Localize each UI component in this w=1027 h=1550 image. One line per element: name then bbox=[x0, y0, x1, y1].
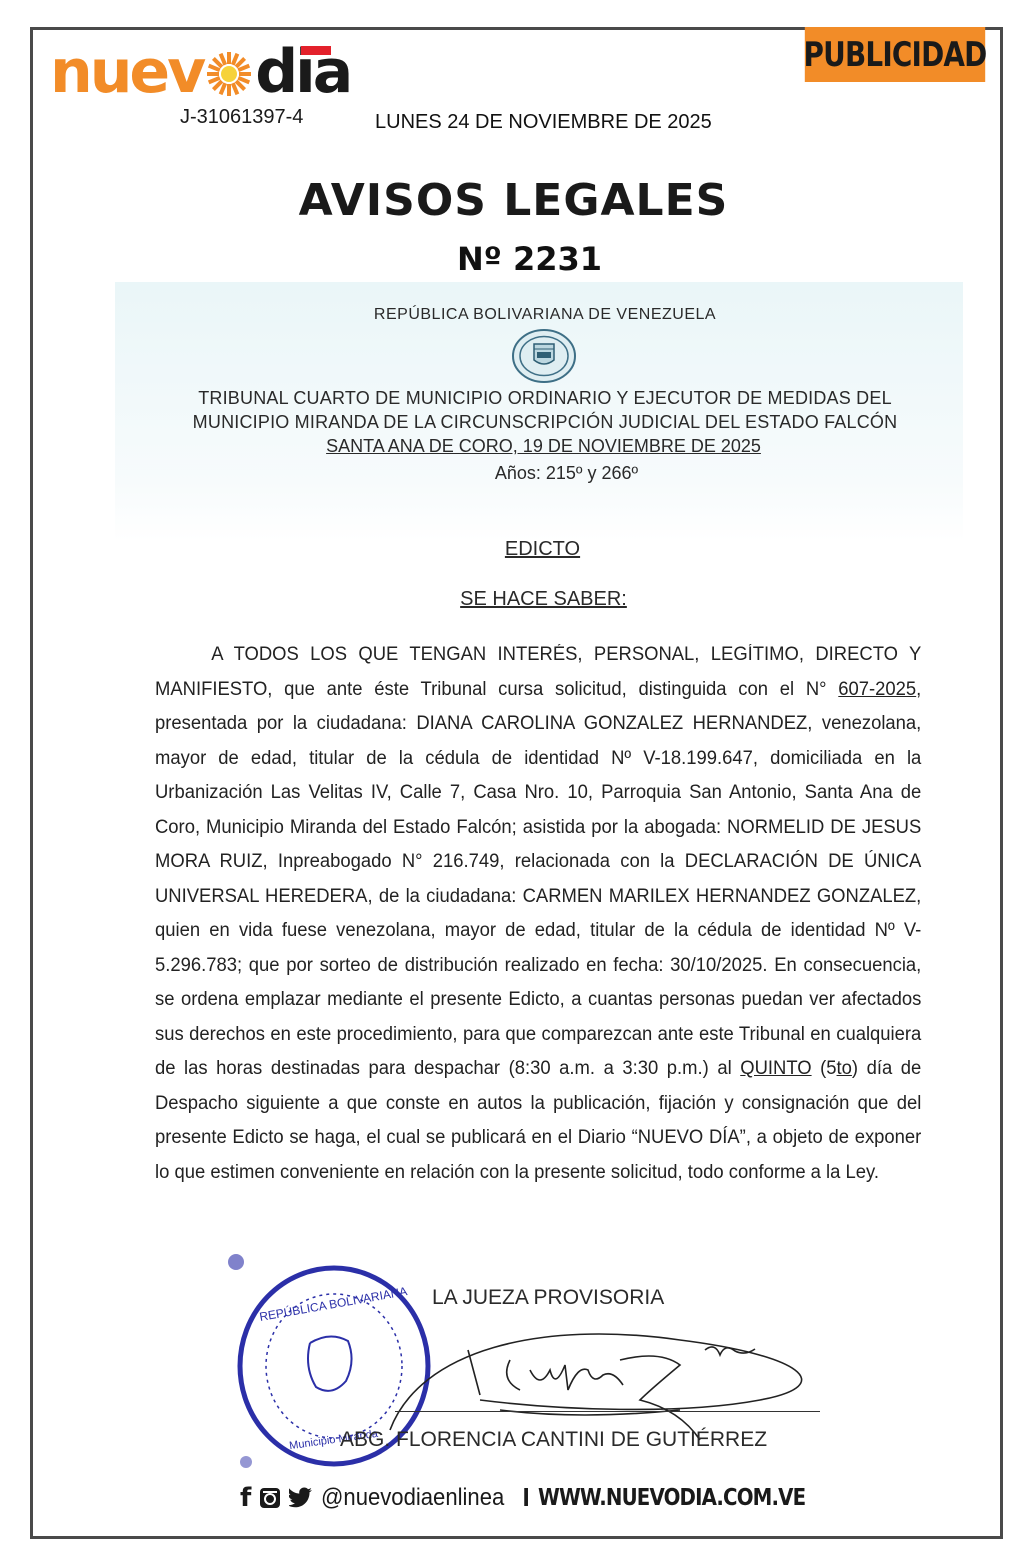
twitter-icon[interactable] bbox=[289, 1487, 313, 1509]
instagram-icon[interactable] bbox=[259, 1487, 281, 1509]
footer-contact-bar: f @nuevodiaenlinea I WWW.NUEVODIA.COM.VE bbox=[240, 1482, 848, 1513]
edict-body: A TODOS LOS QUE TENGAN INTERÉS, PERSONAL… bbox=[155, 638, 921, 1190]
logo-accent-bar bbox=[301, 46, 331, 55]
publication-date: LUNES 24 DE NOVIEMBRE DE 2025 bbox=[375, 111, 712, 134]
signer-title: LA JUEZA PROVISORIA bbox=[432, 1286, 664, 1310]
coat-of-arms-seal-icon bbox=[510, 328, 578, 384]
logo-text-dia: dia bbox=[255, 42, 350, 102]
court-name: TRIBUNAL CUARTO DE MUNICIPIO ORDINARIO Y… bbox=[150, 386, 940, 434]
notice-number: Nº 2231 bbox=[0, 240, 1027, 278]
section-tab-publicidad: PUBLICIDAD bbox=[805, 27, 985, 82]
years-line: Años: 215º y 266º bbox=[0, 463, 1027, 484]
handwritten-signature bbox=[380, 1310, 830, 1445]
edict-heading: EDICTO bbox=[0, 538, 1027, 561]
signature-line bbox=[395, 1411, 820, 1412]
sun-icon bbox=[205, 50, 253, 98]
edict-paragraph: A TODOS LOS QUE TENGAN INTERÉS, PERSONAL… bbox=[155, 638, 921, 1190]
country-heading: REPÚBLICA BOLIVARIANA DE VENEZUELA bbox=[0, 306, 1027, 324]
signer-name: ABG. FLORENCIA CANTINI DE GUTIÉRREZ bbox=[340, 1428, 767, 1452]
quinto-emphasis: QUINTO bbox=[740, 1058, 811, 1079]
social-handle[interactable]: @nuevodiaenlinea bbox=[321, 1484, 504, 1512]
website-link[interactable]: WWW.NUEVODIA.COM.VE bbox=[538, 1485, 805, 1511]
facebook-icon[interactable]: f bbox=[240, 1483, 251, 1513]
edict-subheading: SE HACE SABER: bbox=[0, 588, 1027, 611]
footer-separator: I bbox=[523, 1482, 530, 1513]
tax-id: J-31061397-4 bbox=[180, 106, 303, 129]
nuevo-dia-logo: nuev dia bbox=[50, 42, 350, 102]
page-title: AVISOS LEGALES bbox=[0, 175, 1027, 226]
case-number: 607-2025 bbox=[838, 679, 916, 700]
place-and-date: SANTA ANA DE CORO, 19 DE NOVIEMBRE DE 20… bbox=[0, 436, 1027, 457]
logo-text-nuev: nuev bbox=[50, 42, 203, 102]
